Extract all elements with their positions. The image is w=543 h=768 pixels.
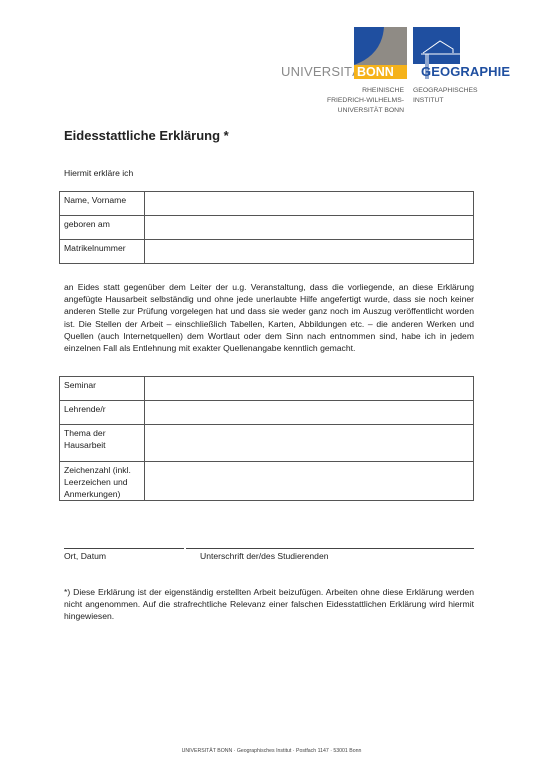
declaration-text: an Eides statt gegenüber dem Leiter der … xyxy=(64,281,474,354)
seminar-field[interactable] xyxy=(145,377,474,401)
footnote-text: *) Diese Erklärung ist der eigenständig … xyxy=(64,586,474,623)
personal-info-table: Name, Vorname geboren am Matrikelnummer xyxy=(59,191,474,264)
name-field[interactable] xyxy=(145,192,474,216)
field-label: Matrikelnummer xyxy=(60,240,145,264)
table-row: Thema der Hausarbeit xyxy=(60,425,474,462)
subtitle-line: FRIEDRICH-WILHELMS- xyxy=(304,96,404,106)
page-footer: UNIVERSITÄT BONN · Geographisches Instit… xyxy=(0,748,543,754)
university-logo-mark xyxy=(354,27,407,65)
place-date-label: Ort, Datum xyxy=(64,551,106,561)
matriculation-field[interactable] xyxy=(145,240,474,264)
birthdate-field[interactable] xyxy=(145,216,474,240)
intro-text: Hiermit erkläre ich xyxy=(64,168,133,178)
character-count-field[interactable] xyxy=(145,462,474,501)
university-subtitle: RHEINISCHE FRIEDRICH-WILHELMS- UNIVERSIT… xyxy=(304,86,404,116)
work-info-table: Seminar Lehrende/r Thema der Hausarbeit … xyxy=(59,376,474,501)
table-row: Matrikelnummer xyxy=(60,240,474,264)
field-label: Name, Vorname xyxy=(60,192,145,216)
subtitle-line: INSTITUT xyxy=(413,96,478,106)
field-label: Zeichenzahl (inkl. Leerzeichen und Anmer… xyxy=(60,462,145,501)
table-row: Name, Vorname xyxy=(60,192,474,216)
document-title: Eidesstattliche Erklärung * xyxy=(64,128,229,143)
subtitle-line: GEOGRAPHISCHES xyxy=(413,86,478,96)
table-row: Zeichenzahl (inkl. Leerzeichen und Anmer… xyxy=(60,462,474,501)
table-row: Seminar xyxy=(60,377,474,401)
department-subtitle: GEOGRAPHISCHES INSTITUT xyxy=(413,86,478,106)
logo-department-text: GEOGRAPHIE xyxy=(421,64,510,79)
logo-curve-icon xyxy=(354,27,407,65)
table-row: Lehrende/r xyxy=(60,401,474,425)
subtitle-line: UNIVERSITÄT BONN xyxy=(304,106,404,116)
logo-bonn-text: BONN xyxy=(354,65,407,79)
subtitle-line: RHEINISCHE xyxy=(304,86,404,96)
signature-label: Unterschrift der/des Studierenden xyxy=(200,551,329,561)
field-label: geboren am xyxy=(60,216,145,240)
table-row: geboren am xyxy=(60,216,474,240)
lecturer-field[interactable] xyxy=(145,401,474,425)
field-label: Thema der Hausarbeit xyxy=(60,425,145,462)
field-label: Seminar xyxy=(60,377,145,401)
signature-line[interactable] xyxy=(186,548,474,549)
topic-field[interactable] xyxy=(145,425,474,462)
place-date-line[interactable] xyxy=(64,548,184,549)
field-label: Lehrende/r xyxy=(60,401,145,425)
